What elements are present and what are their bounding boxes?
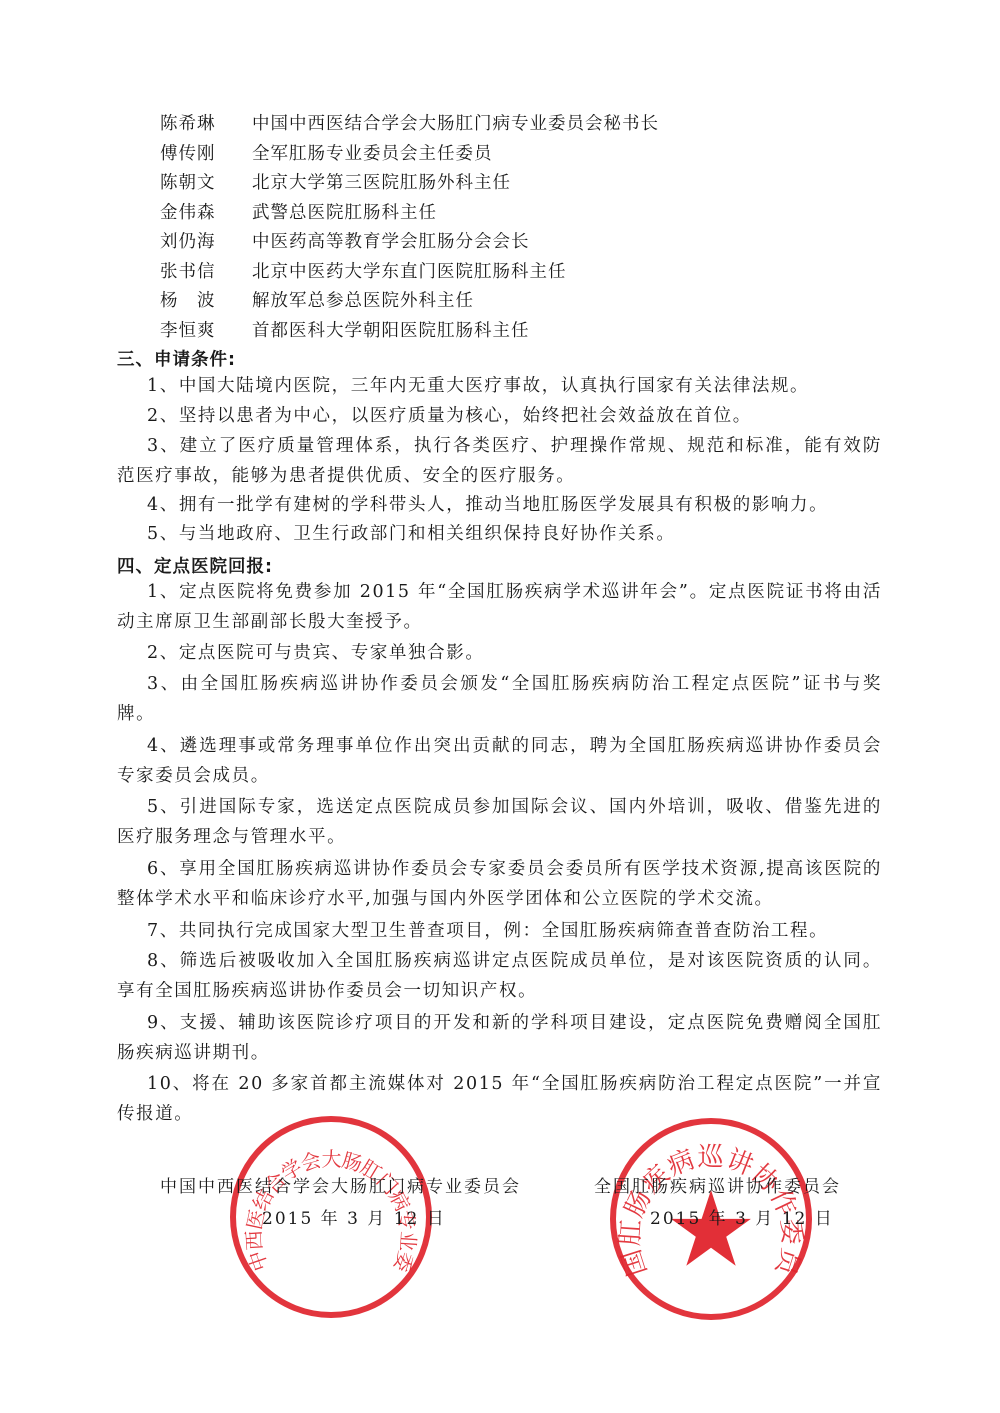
signature-date-left: 2015 年 3 月 12 日 [262, 1204, 446, 1229]
member-title: 中国中西医结合学会大肠肛门病专业委员会秘书长 [252, 110, 659, 140]
member-name: 金伟森 [160, 199, 252, 229]
member-row: 傅传刚全军肛肠专业委员会主任委员 [160, 140, 659, 170]
benefit-item: 7、共同执行完成国家大型卫生普查项目，例：全国肛肠疾病筛查普查防治工程。 [117, 917, 882, 947]
benefit-item: 2、定点医院可与贵宾、专家单独合影。 [117, 639, 882, 669]
benefit-item: 5、引进国际专家，选送定点医院成员参加国际会议、国内外培训，吸收、借鉴先进的医疗… [117, 793, 882, 852]
signature-org-right: 全国肛肠疾病巡讲协作委员会 [594, 1172, 841, 1197]
condition-item: 5、与当地政府、卫生行政部门和相关组织保持良好协作关系。 [117, 520, 882, 550]
member-row: 金伟森武警总医院肛肠科主任 [160, 199, 659, 229]
benefit-item: 4、遴选理事或常务理事单位作出突出贡献的同志，聘为全国肛肠疾病巡讲协作委员会专家… [117, 732, 882, 791]
member-title: 首都医科大学朝阳医院肛肠科主任 [252, 317, 530, 347]
condition-item: 3、建立了医疗质量管理体系，执行各类医疗、护理操作常规、规范和标准，能有效防范医… [117, 432, 882, 491]
section-heading-application-conditions: 三、申请条件: [117, 346, 236, 371]
member-title: 解放军总参总医院外科主任 [252, 287, 474, 317]
benefit-item: 1、定点医院将免费参加 2015 年“全国肛肠疾病学术巡讲年会”。定点医院证书将… [117, 578, 882, 637]
member-row: 陈希琳中国中西医结合学会大肠肛门病专业委员会秘书长 [160, 110, 659, 140]
svg-text:全国肛肠疾病巡讲协作委员会: 全国肛肠疾病巡讲协作委员会 [606, 1114, 807, 1280]
signature-date-right: 2015 年 3 月 12 日 [650, 1204, 834, 1229]
member-name: 傅传刚 [160, 140, 252, 170]
member-title: 北京中医药大学东直门医院肛肠科主任 [252, 258, 567, 288]
member-title: 全军肛肠专业委员会主任委员 [252, 140, 493, 170]
stamp-text: 全国肛肠疾病巡讲协作委员会 [606, 1114, 807, 1280]
signature-org-left: 中国中西医结合学会大肠肛门病专业委员会 [160, 1172, 521, 1197]
condition-item: 1、中国大陆境内医院，三年内无重大医疗事故，认真执行国家有关法律法规。 [117, 372, 882, 402]
condition-item: 2、坚持以患者为中心，以医疗质量为核心，始终把社会效益放在首位。 [117, 402, 882, 432]
member-row: 李恒爽首都医科大学朝阳医院肛肠科主任 [160, 317, 659, 347]
member-row: 刘仍海中医药高等教育学会肛肠分会会长 [160, 228, 659, 258]
document-page: 陈希琳中国中西医结合学会大肠肛门病专业委员会秘书长 傅传刚全军肛肠专业委员会主任… [0, 0, 1000, 1413]
member-name: 刘仍海 [160, 228, 252, 258]
section-heading-hospital-benefits: 四、定点医院回报: [117, 553, 273, 578]
benefit-item: 9、支援、辅助该医院诊疗项目的开发和新的学科项目建设，定点医院免费赠阅全国肛肠疾… [117, 1009, 882, 1068]
member-name: 陈希琳 [160, 110, 252, 140]
condition-item: 4、拥有一批学有建树的学科带头人，推动当地肛肠医学发展具有积极的影响力。 [117, 491, 882, 521]
member-name: 李恒爽 [160, 317, 252, 347]
member-row: 陈朝文北京大学第三医院肛肠外科主任 [160, 169, 659, 199]
member-row: 杨 波解放军总参总医院外科主任 [160, 287, 659, 317]
member-title: 北京大学第三医院肛肠外科主任 [252, 169, 511, 199]
member-row: 张书信北京中医药大学东直门医院肛肠科主任 [160, 258, 659, 288]
benefit-item: 3、由全国肛肠疾病巡讲协作委员会颁发“全国肛肠疾病防治工程定点医院”证书与奖牌。 [117, 670, 882, 729]
member-name: 张书信 [160, 258, 252, 288]
member-title: 中医药高等教育学会肛肠分会会长 [252, 228, 530, 258]
benefit-item: 6、享用全国肛肠疾病巡讲协作委员会专家委员会委员所有医学技术资源,提高该医院的整… [117, 855, 882, 914]
committee-member-list: 陈希琳中国中西医结合学会大肠肛门病专业委员会秘书长 傅传刚全军肛肠专业委员会主任… [160, 110, 659, 346]
member-name: 杨 波 [160, 287, 252, 317]
member-name: 陈朝文 [160, 169, 252, 199]
benefit-item: 8、筛选后被吸收加入全国肛肠疾病巡讲定点医院成员单位，是对该医院资质的认同。享有… [117, 947, 882, 1006]
member-title: 武警总医院肛肠科主任 [252, 199, 437, 229]
